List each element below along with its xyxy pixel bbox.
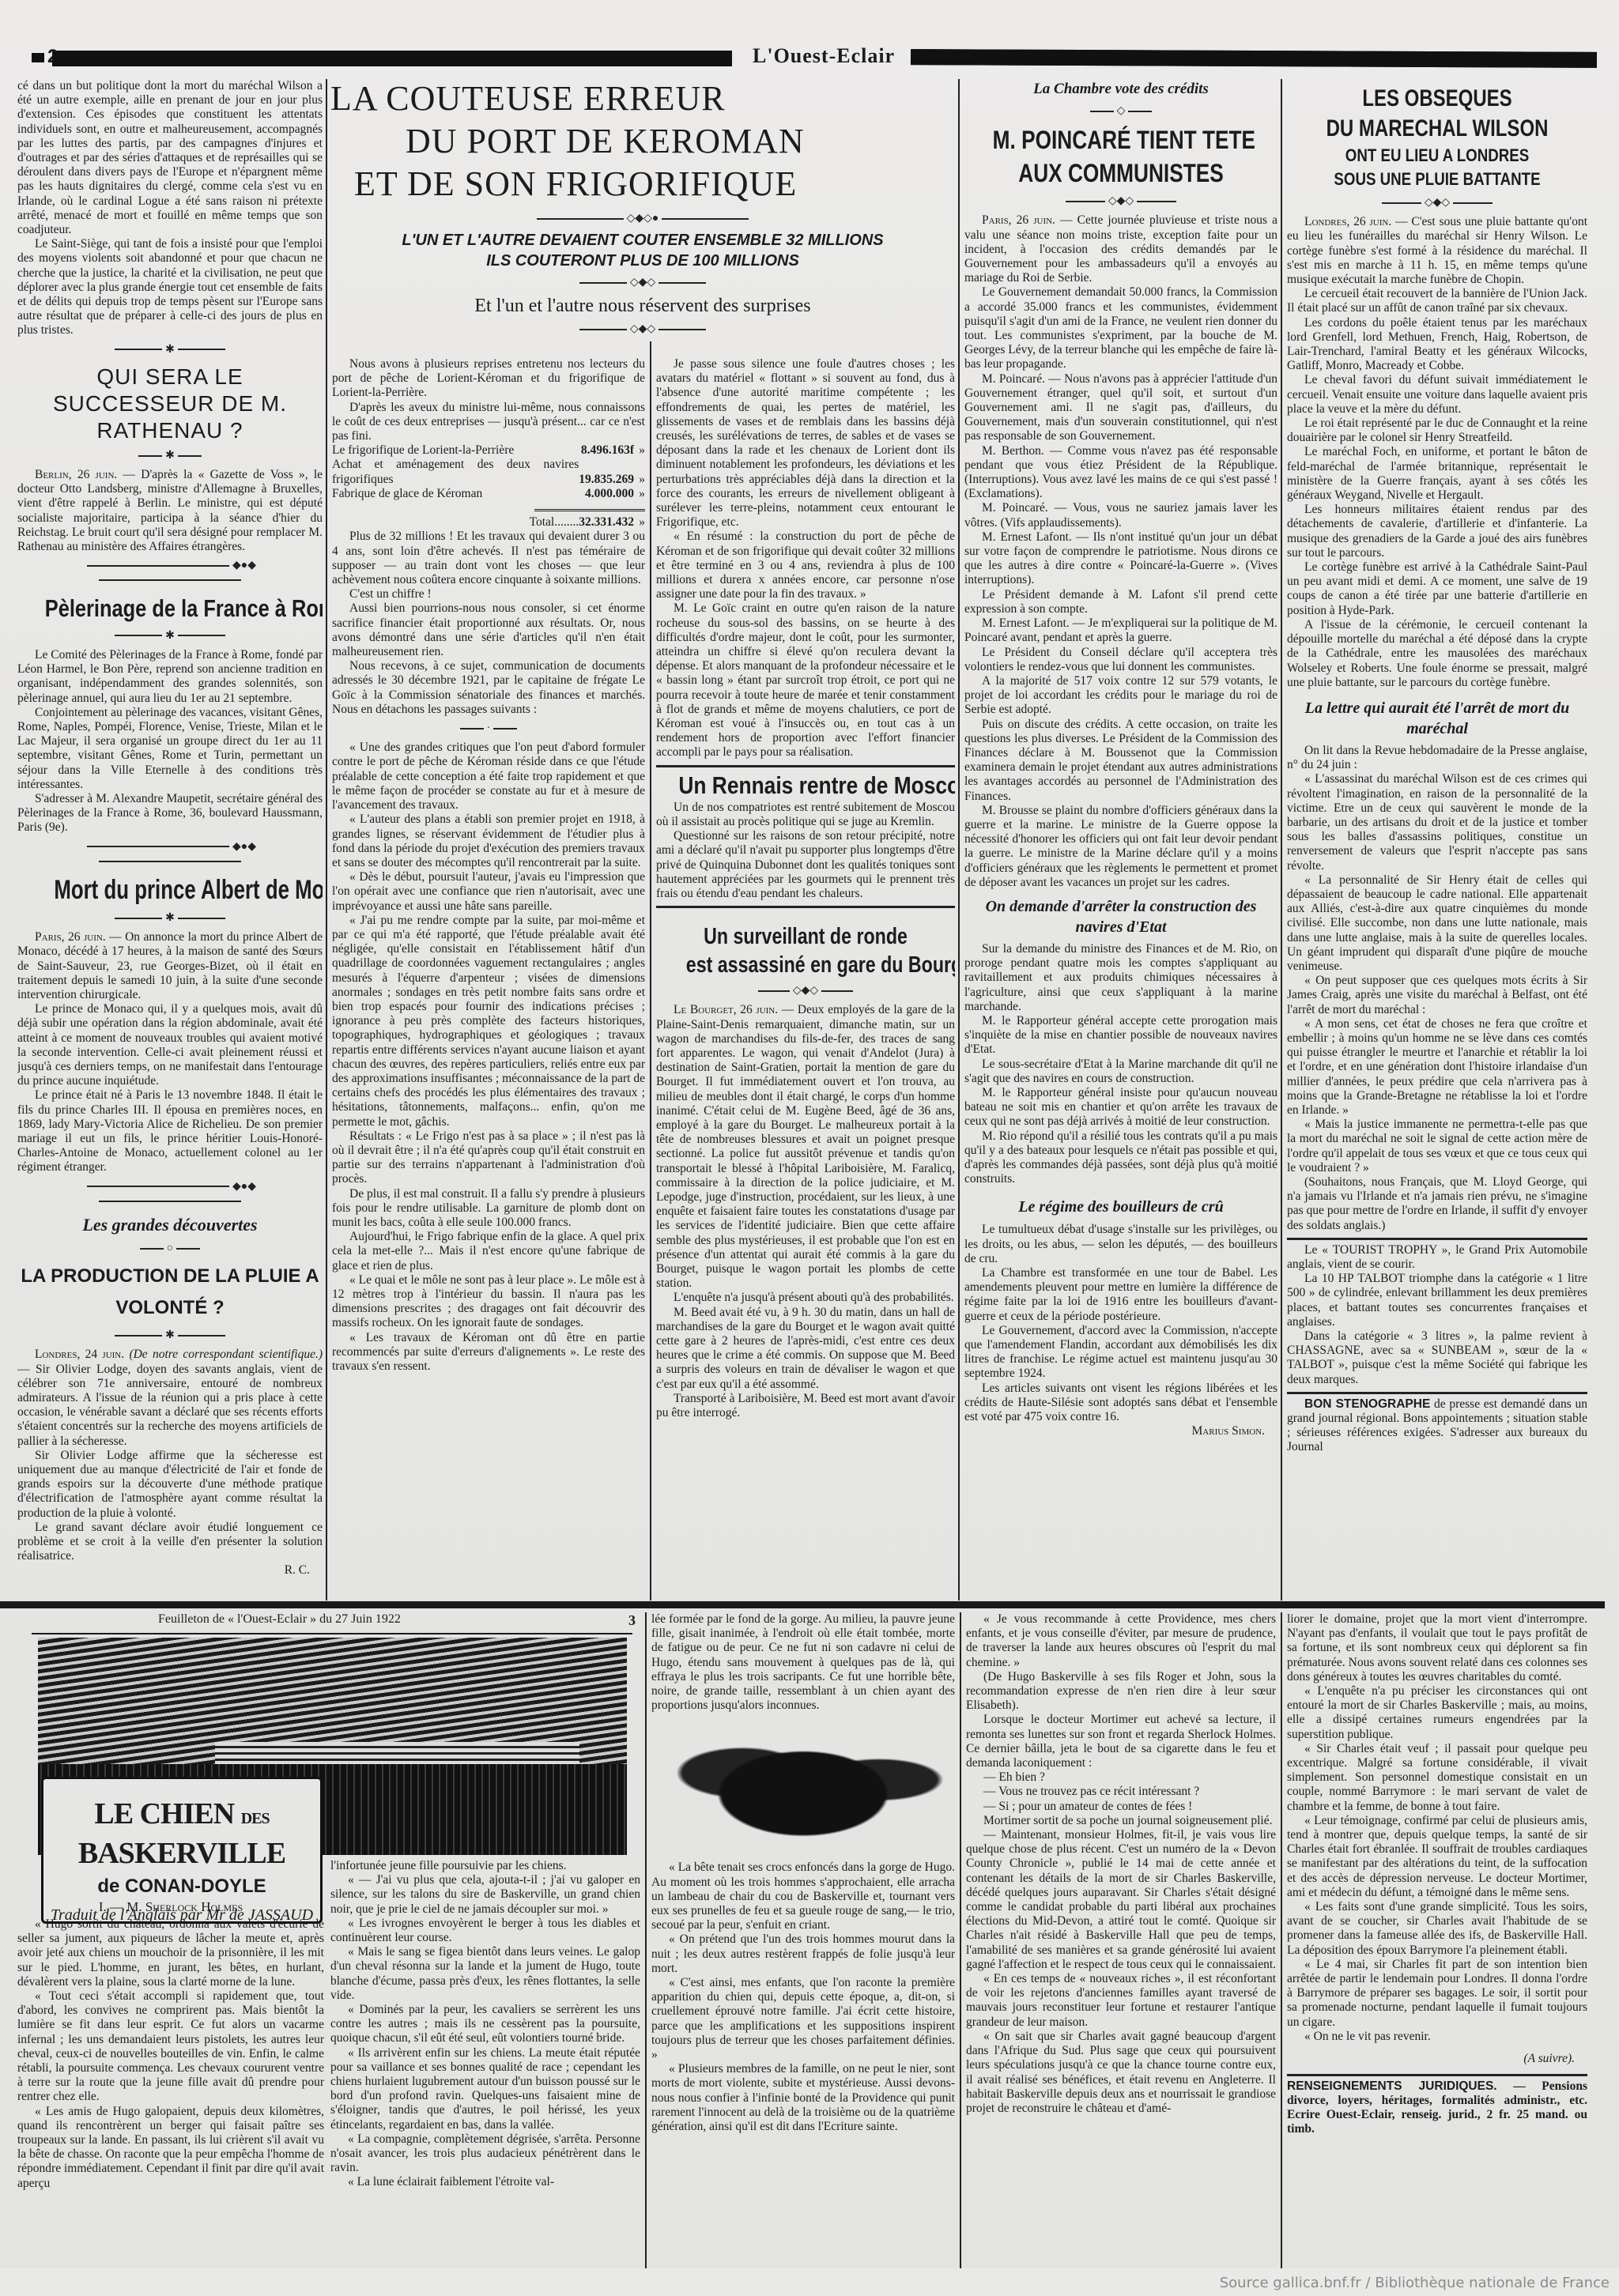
column-rule	[326, 79, 327, 1600]
article-pluie: Les grandes découvertes ○ LA PRODUCTION …	[17, 1213, 323, 1578]
article-bouilleurs: Le régime des bouilleurs de crû Le tumul…	[964, 1196, 1277, 1438]
paragraph: — Vous ne trouvez pas ce récit intéressa…	[966, 1785, 1276, 1799]
keroman-headline: LA COUTEUSE ERREUR DU PORT DE KEROMAN ET…	[330, 77, 955, 205]
dateline: Berlin, 26 juin.	[35, 468, 117, 481]
paragraph: Le prince était né à Paris le 13 novembr…	[17, 1088, 323, 1174]
cost-label: Achat et aménagement des deux navires fr…	[332, 458, 579, 486]
paragraph: Le Président du Conseil déclare qu'il ac…	[964, 646, 1277, 674]
headline: SOUS UNE PLUIE BATTANTE	[1310, 168, 1565, 191]
paragraph: — Eh bien ?	[966, 1770, 1276, 1785]
novel-author: de CONAN-DOYLE	[43, 1876, 320, 1898]
paragraph: Le Président demande à M. Lafont s'il pr…	[964, 588, 1277, 616]
column-rule	[645, 1612, 647, 2268]
unit: »	[634, 487, 645, 501]
column-poincare: La Chambre vote des crédits ◇ M. POINCAR…	[964, 79, 1277, 1600]
paragraph: « L'enquête n'a pu préciser les circonst…	[1287, 1684, 1587, 1742]
paragraph: Le grand savant déclare avoir étudié lon…	[17, 1521, 323, 1564]
paragraph: (De Hugo Baskerville à ses fils Roger et…	[966, 1670, 1276, 1714]
paragraph: « Les ivrognes envoyèrent le berger à to…	[330, 1917, 640, 1945]
feuilleton-header-rule	[32, 1633, 632, 1634]
cost-row: Achat et aménagement des deux navires fr…	[332, 458, 645, 486]
chapter-title: I. — M. Sherlock Holmes	[17, 1897, 324, 1917]
ornament-divider: ✱	[17, 911, 323, 926]
paragraph: La 10 HP TALBOT triomphe dans la catégor…	[1287, 1272, 1587, 1329]
article-rennais: Un Rennais rentre de Moscou Un de nos co…	[656, 771, 955, 901]
headline: M. POINCARÉ TIENT TETE	[993, 123, 1250, 156]
cost-amount: 8.496.163f	[579, 443, 634, 458]
section-rule	[656, 765, 955, 767]
deck: Et l'un et l'autre nous réservent des su…	[330, 294, 955, 318]
ad-tourist-trophy: Le « TOURIST TROPHY », le Grand Prix Aut…	[1287, 1243, 1587, 1387]
newspaper-title: L'Ouest-Eclair	[753, 44, 895, 68]
masthead-rule-right	[911, 49, 1597, 68]
dateline: Le Bourget, 26 juin.	[674, 1003, 778, 1016]
headline: Un Rennais rentre de Moscou	[678, 771, 932, 801]
subheadline: L'UN ET L'AUTRE DEVAIENT COUTER ENSEMBLE…	[330, 230, 955, 251]
unit: »	[634, 443, 645, 458]
signature: Marius Simon.	[964, 1424, 1277, 1438]
column-rule	[960, 1612, 961, 2268]
cost-label: Le frigorifique de Lorient-la-Perrière	[332, 443, 579, 458]
paragraph: Résultats : « Le Frigo n'est pas à sa pl…	[332, 1129, 645, 1187]
paragraph: « La lune éclairait faiblement l'étroite…	[330, 2175, 640, 2189]
masthead-rule-left	[52, 51, 732, 66]
paragraph: M. le Rapporteur général insiste pour qu…	[964, 1086, 1277, 1129]
paragraph: « En résumé : la construction du port de…	[656, 530, 955, 601]
title-part: LE CHIEN	[94, 1797, 234, 1830]
ornament-divider: ✱	[17, 629, 323, 643]
paragraph: Les cordons du poêle étaient tenus par l…	[1287, 316, 1587, 374]
feuilleton-rule	[0, 1601, 1605, 1608]
headline: La lettre qui aurait été l'arrêt de mort…	[1287, 698, 1587, 739]
paragraph: Les honneurs militaires étaient rendus p…	[1287, 503, 1587, 560]
paragraph: Le cheval favori du défunt suivait imméd…	[1287, 373, 1587, 417]
paragraph: Le cercueil était recouvert de la banniè…	[1287, 287, 1587, 315]
paragraph: M. Ernest Lafont. — Ils n'ont institué q…	[964, 530, 1277, 588]
paragraph: « Tout ceci s'était accompli si rapideme…	[17, 1989, 324, 2105]
paragraph: (Souhaitons, nous Français, que M. Lloyd…	[1287, 1175, 1587, 1233]
feuilleton-column-3: lée formée par le fond de la gorge. Au m…	[651, 1612, 955, 2268]
paragraph: On lit dans la Revue hebdomadaire de la …	[1287, 744, 1587, 772]
ornament-divider: ◇◆◇	[656, 984, 955, 998]
ornament-divider: ◇	[964, 104, 1277, 119]
paragraph: Je passe sous silence une foule d'autres…	[656, 357, 955, 530]
headline: Un surveillant de ronde	[686, 922, 925, 951]
paragraph: « On ne le vit pas revenir.	[1287, 2030, 1587, 2044]
feuilleton-column-5: liorer le domaine, projet que la mort vi…	[1287, 1612, 1587, 2268]
headline: DU MARECHAL WILSON	[1317, 114, 1557, 144]
keroman-column-b: Je passe sous silence une foule d'autres…	[656, 357, 955, 1598]
paragraph: Puis on discute des crédits. A cette occ…	[964, 718, 1277, 804]
paragraph: C'est un chiffre !	[332, 587, 645, 601]
paragraph: D'après les aveux du ministre lui-même, …	[332, 401, 645, 444]
ad-lead: RENSEIGNEMENTS JURIDIQUES.	[1287, 2079, 1497, 2093]
ornament-divider: ◆●◆	[17, 840, 323, 869]
headline: Le régime des bouilleurs de crû	[964, 1196, 1277, 1218]
paragraph: Questionné sur les raisons de son retour…	[656, 829, 955, 901]
paragraph: « La bête tenait ses crocs enfoncés dans…	[651, 1861, 955, 1932]
paragraph: « Dès le début, poursuit l'auteur, j'ava…	[332, 870, 645, 914]
dateline: Londres, 26 juin.	[1304, 215, 1391, 228]
masthead: 2 L'Ouest-Eclair	[32, 46, 1597, 68]
headline: On demande d'arrêter la construction des…	[964, 896, 1277, 937]
cost-total-row: Total........ 32.331.432 »	[332, 515, 645, 530]
paragraph: M. Poincaré. — Nous n'avons pas à appréc…	[964, 372, 1277, 444]
cost-row: Fabrique de glace de Kéroman4.000.000»	[332, 487, 645, 501]
feuilleton-header: Feuilleton de « l'Ouest-Eclair » du 27 J…	[158, 1612, 648, 1627]
paragraph: Aussi bien pourrions-nous nous consoler,…	[332, 601, 645, 659]
article-rathenau: QUI SERA LE SUCCESSEUR DE M. RATHENAU ? …	[17, 364, 323, 554]
feuilleton-column-4: « Je vous recommande à cette Providence,…	[966, 1612, 1276, 2268]
paragraph: — Si ; pour un amateur de contes de fées…	[966, 1800, 1276, 1814]
paragraph: M. Poincaré. — Vous, vous ne sauriez jam…	[964, 501, 1277, 530]
moor-illustration-lower	[332, 1739, 636, 1849]
section-rule	[1287, 2074, 1587, 2076]
paragraph: Le « TOURIST TROPHY », le Grand Prix Aut…	[1287, 1243, 1587, 1272]
paragraph: « Mais la justice immanente ne permettra…	[1287, 1118, 1587, 1175]
paragraph: « Leur témoignage, confirmé par celui de…	[1287, 1814, 1587, 1900]
paragraph: Le roi était représenté par le duc de Co…	[1287, 417, 1587, 445]
paragraph: « Dominés par la peur, les cavaliers se …	[330, 2003, 640, 2046]
ornament-divider: ◆●◆	[17, 559, 323, 587]
ornament-divider: ◇◆◇	[330, 322, 955, 336]
paragraph: « Les travaux de Kéroman ont dû être en …	[332, 1331, 645, 1374]
paragraph: « Hugo sortit du château, ordonna aux va…	[17, 1917, 324, 1989]
paragraph: Sur la demande du ministre des Finances …	[964, 942, 1277, 1014]
paragraph: Le Comité des Pèlerinages de la France à…	[17, 648, 323, 706]
total-amount: 32.331.432	[579, 515, 634, 530]
section-rule	[1287, 1392, 1587, 1394]
paragraph: M. Le Goïc craint en outre qu'en raison …	[656, 601, 955, 760]
column-1: cé dans un but politique dont la mort du…	[17, 79, 323, 1600]
paragraph: Conjointement au pèlerinage des vacances…	[17, 706, 323, 792]
ornament-divider: ◇◆◇	[330, 276, 955, 289]
column-rule	[1281, 1612, 1282, 2268]
paragraph: Aujourd'hui, le Frigo fabrique enfin de …	[332, 1230, 645, 1273]
instalment-number: 3	[628, 1612, 636, 1629]
paragraph: « Plusieurs membres de la famille, on ne…	[651, 2062, 955, 2134]
cost-table: Le frigorifique de Lorient-la-Perrière8.…	[332, 443, 645, 530]
headline-line: LA COUTEUSE ERREUR	[330, 77, 955, 120]
paragraph: — Deux employés de la gare de la Plaine-…	[656, 1003, 955, 1290]
paragraph: La Chambre est transformée en une tour d…	[964, 1266, 1277, 1324]
paragraph: « On sait que sir Charles avait gagné be…	[966, 2030, 1276, 2116]
paragraph: « Ils arrivèrent enfin sur les chiens. L…	[330, 2046, 640, 2132]
article-wilson: LES OBSEQUES DU MARECHAL WILSON ONT EU L…	[1287, 84, 1587, 690]
paragraph: « Les amis de Hugo galopaient, depuis de…	[17, 2105, 324, 2191]
paragraph: — Maintenant, monsieur Holmes, fit-il, j…	[966, 1828, 1276, 1972]
paragraph: Un de nos compatriotes est rentré subite…	[656, 801, 955, 829]
ad-stenographe: BON STENOGRAPHE de presse est demandé da…	[1287, 1397, 1587, 1454]
headline: AUX COMMUNISTES	[993, 156, 1250, 190]
section-rule	[1287, 1238, 1587, 1240]
ornament-divider: ◇◆◇	[1287, 196, 1587, 210]
headline: est assassiné en gare du Bourget	[686, 951, 925, 979]
title-part: DES	[241, 1810, 270, 1827]
paragraph: M. Berthon. — Comme vous n'avez pas été …	[964, 444, 1277, 502]
paragraph: Mortimer sortit de sa poche un journal s…	[966, 1814, 1276, 1828]
paragraph: Nous recevons, à ce sujet, communication…	[332, 659, 645, 717]
headline: QUI SERA LE SUCCESSEUR DE M. RATHENAU ?	[17, 364, 323, 444]
ornament-divider: ◇◆◇	[964, 194, 1277, 209]
feuilleton-column-2: l'infortunée jeune fille poursuivie par …	[330, 1859, 640, 2268]
paragraph: M. Brousse se plaint du nombre d'officie…	[964, 804, 1277, 890]
article-bourget: Un surveillant de ronde est assassiné en…	[656, 922, 955, 1420]
paragraph: — Sir Olivier Lodge, doyen des savants a…	[17, 1363, 323, 1448]
headline: Pèlerinage de la France à Rome	[45, 593, 296, 624]
paragraph: A l'issue de la cérémonie, le cercueil c…	[1287, 618, 1587, 690]
hound-illustration	[651, 1717, 955, 1856]
cost-label: Fabrique de glace de Kéroman	[332, 487, 579, 501]
ornament-divider: ✱	[17, 343, 323, 357]
ornament-divider: ◆●◆	[17, 1180, 323, 1208]
ornament-divider: ·	[332, 722, 645, 736]
article-continuation: cé dans un but politique dont la mort du…	[17, 79, 323, 237]
column-wilson: LES OBSEQUES DU MARECHAL WILSON ONT EU L…	[1287, 79, 1587, 1600]
paragraph: « La compagnie, complètement dégrisée, s…	[330, 2132, 640, 2176]
ad-renseignements: RENSEIGNEMENTS JURIDIQUES. — Pensions di…	[1287, 2079, 1587, 2136]
paragraph: « Le quai et le môle ne sont pas à leur …	[332, 1273, 645, 1331]
kicker: Les grandes découvertes	[17, 1213, 323, 1237]
ornament-divider: ✱	[17, 1329, 323, 1343]
paragraph: « Le 4 mai, sir Charles fit part de son …	[1287, 1958, 1587, 2030]
article-pelerinage: Pèlerinage de la France à Rome ✱ Le Comi…	[17, 593, 323, 835]
article-lettre: La lettre qui aurait été l'arrêt de mort…	[1287, 698, 1587, 1233]
paragraph: Le tumultueux débat d'usage s'installe s…	[964, 1223, 1277, 1266]
paragraph: « Une des grandes critiques que l'on peu…	[332, 741, 645, 812]
unit: »	[634, 515, 645, 530]
paragraph: l'infortunée jeune fille poursuivie par …	[330, 1859, 640, 1873]
paragraph: A la majorité de 517 voix contre 12 sur …	[964, 674, 1277, 718]
column-rule	[1281, 79, 1282, 1600]
paragraph: Le sous-secrétaire d'Etat à la Marine ma…	[964, 1058, 1277, 1086]
unit: »	[634, 458, 645, 486]
section-rule	[656, 906, 955, 908]
headline: LES OBSEQUES	[1317, 84, 1557, 114]
paragraph: Le maréchal Foch, en uniforme, et portan…	[1287, 445, 1587, 503]
paragraph: liorer le domaine, projet que la mort vi…	[1287, 1612, 1587, 1684]
article-continuation-2: Le Saint-Siège, qui tant de fois a insis…	[17, 237, 323, 337]
paragraph: « L'assassinat du maréchal Wilson est de…	[1287, 772, 1587, 873]
headline: Mort du prince Albert de Monaco	[54, 873, 285, 907]
paragraph: Sir Olivier Lodge affirme que la séchere…	[17, 1449, 323, 1521]
paragraph: « Sir Charles était veuf ; il passait po…	[1287, 1742, 1587, 1814]
paragraph: « Mais le sang se figea bientôt dans leu…	[330, 1945, 640, 2003]
paragraph: « C'est ainsi, mes enfants, que l'on rac…	[651, 1976, 955, 2062]
paragraph: Dans la catégorie « 3 litres », la palme…	[1287, 1329, 1587, 1387]
paragraph: Nous avons à plusieurs reprises entreten…	[332, 357, 645, 401]
to-be-continued: (A suivre).	[1287, 2052, 1587, 2066]
paragraph: Plus de 32 millions ! Et les travaux qui…	[332, 530, 645, 587]
paragraph: Les articles suivants ont visent les rég…	[964, 1382, 1277, 1425]
paragraph: Le Gouvernement demandait 50.000 francs,…	[964, 285, 1277, 371]
kicker: La Chambre vote des crédits	[964, 79, 1277, 100]
paragraph: De plus, il est mal construit. Il a fall…	[332, 1187, 645, 1231]
keroman-column-a: Nous avons à plusieurs reprises entreten…	[332, 357, 645, 1598]
paragraph: « Je vous recommande à cette Providence,…	[966, 1612, 1276, 1670]
paragraph: « J'ai pu me rendre compte par la suite,…	[332, 914, 645, 1129]
column-rule	[650, 341, 651, 1600]
paragraph: « Les faits sont d'une grande simplicité…	[1287, 1900, 1587, 1958]
paragraph: « La personnalité de Sir Henry était de …	[1287, 873, 1587, 974]
cost-amount: 19.835.269	[579, 458, 634, 486]
paragraph: Le Gouvernement, d'accord avec la Commis…	[964, 1324, 1277, 1382]
paragraph: S'adresser à M. Alexandre Maupetit, secr…	[17, 792, 323, 835]
ornament-divider: ◇◆◇●	[330, 212, 955, 225]
paragraph: « — J'ai vu plus que cela, ajouta-t-il ;…	[330, 1873, 640, 1917]
article-monaco: Mort du prince Albert de Monaco ✱ Paris,…	[17, 873, 323, 1175]
paragraph: Le cortège funèbre est arrivé à la Cathé…	[1287, 560, 1587, 618]
paragraph: « On peut supposer que ces quelques mots…	[1287, 974, 1587, 1017]
headline: ONT EU LIEU A LONDRES	[1310, 144, 1565, 168]
title-part: BASKERVILLE	[78, 1837, 285, 1870]
dateline: Londres, 24 juin.	[35, 1348, 124, 1361]
paragraph: M. Ernest Lafont. — Je m'expliquerai sur…	[964, 616, 1277, 645]
ornament-divider: ✱	[17, 449, 323, 463]
paragraph: Transporté à Lariboisière, M. Beed est m…	[656, 1392, 955, 1420]
dateline: Paris, 26 juin.	[35, 930, 106, 944]
cost-row: Le frigorifique de Lorient-la-Perrière8.…	[332, 443, 645, 458]
newspaper-page: 2 L'Ouest-Eclair cé dans un but politiqu…	[0, 0, 1619, 2268]
paragraph: M. le Rapporteur général accepte cette p…	[964, 1014, 1277, 1058]
dateline: Paris, 26 juin.	[982, 213, 1055, 227]
paragraph: L'enquête n'a jusqu'à présent abouti qu'…	[656, 1291, 955, 1305]
cost-amount: 4.000.000	[579, 487, 634, 501]
article-poincare: La Chambre vote des crédits ◇ M. POINCAR…	[964, 79, 1277, 890]
source-credit: Source gallica.bnf.fr / Bibliothèque nat…	[1220, 2275, 1610, 2291]
keroman-decks: ◇◆◇● L'UN ET L'AUTRE DEVAIENT COUTER ENS…	[330, 207, 955, 341]
article-navires: On demande d'arrêter la construction des…	[964, 896, 1277, 1186]
subheadline: ILS COUTERONT PLUS DE 100 MILLIONS	[330, 251, 955, 271]
novel-title: LE CHIEN DES BASKERVILLE	[43, 1796, 320, 1871]
paragraph: lée formée par le fond de la gorge. Au m…	[651, 1612, 955, 1713]
ornament-divider: ○	[17, 1242, 323, 1256]
paragraph: M. Beed avait été vu, à 9 h. 30 du matin…	[656, 1306, 955, 1392]
paragraph: Le prince de Monaco qui, il y a quelques…	[17, 1002, 323, 1088]
paragraph: « En ces temps de « nouveaux riches », i…	[966, 1972, 1276, 2030]
paragraph: « A mon sens, cet état de choses ne fera…	[1287, 1017, 1587, 1118]
paragraph: Lorsque le docteur Mortimer eut achevé s…	[966, 1713, 1276, 1770]
feuilleton-column-1: I. — M. Sherlock Holmes « Hugo sortit du…	[17, 1897, 324, 2268]
ad-lead: BON STENOGRAPHE	[1304, 1397, 1430, 1411]
paragraph: « L'auteur des plans a établi son premie…	[332, 812, 645, 870]
column-rule	[958, 79, 960, 1600]
signature: R. C.	[17, 1563, 323, 1578]
paragraph: M. Rio répond qu'il a résilié tous les c…	[964, 1129, 1277, 1187]
total-label: Total	[530, 515, 555, 529]
headline-line: DU PORT DE KEROMAN	[330, 120, 955, 163]
headline-line: ET DE SON FRIGORIFIQUE	[330, 163, 955, 205]
headline: LA PRODUCTION DE LA PLUIE A VOLONTÉ ?	[17, 1261, 323, 1324]
paragraph: « On prétend que l'un des trois hommes m…	[651, 1932, 955, 1976]
credit: (De notre correspondant scientifique.)	[129, 1348, 323, 1361]
